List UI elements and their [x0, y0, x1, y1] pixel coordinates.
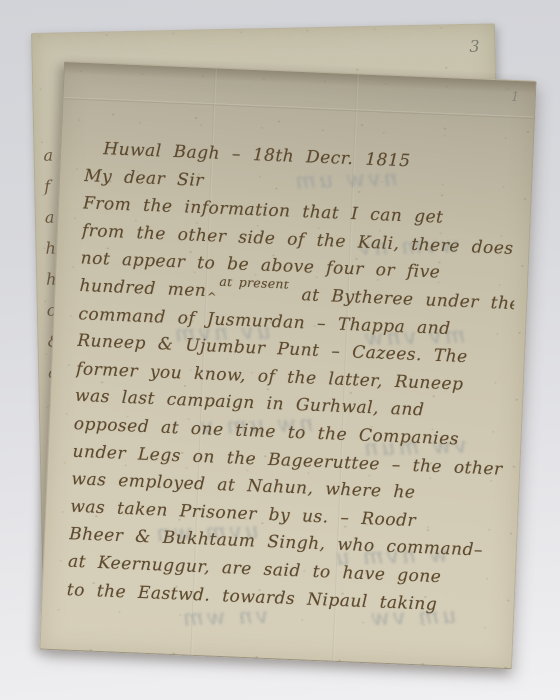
back-page-number: 3 [469, 37, 480, 56]
horizontal-fold-crease [63, 97, 534, 119]
handwritten-letter: Huwal Bagh – 18th Decr. 1815 My dear Sir… [66, 135, 520, 622]
front-page-number: 1 [511, 90, 520, 105]
letter-body: From the information that I can getfrom … [66, 190, 518, 622]
back-sheet-margin-fragments: afahhc&aofbbhEob [32, 24, 494, 34]
front-sheet: 1 nvw umwvm nvuv nvmmv vnwnw um vvw munu… [39, 61, 536, 669]
photo-background: 3 afahhc&aofbbhEob 1 nvw umwvm nvuv nvmm… [0, 0, 560, 700]
